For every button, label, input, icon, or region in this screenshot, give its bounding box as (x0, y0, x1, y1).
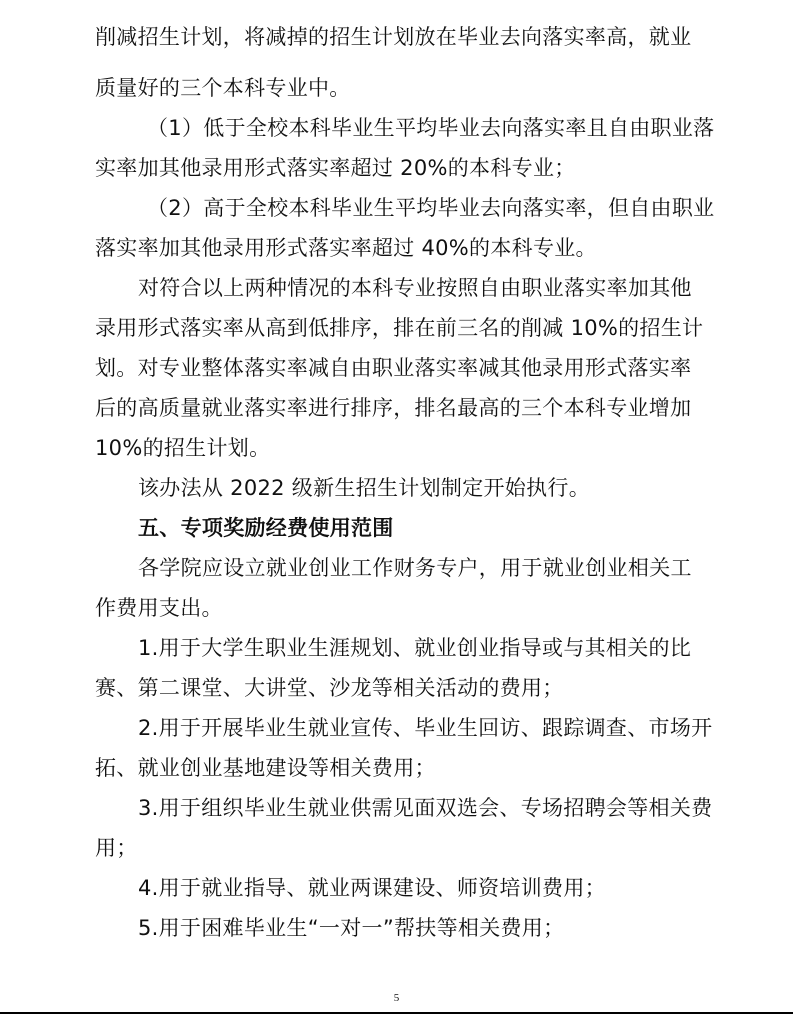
text-line: 用； (95, 828, 699, 868)
page-number: 5 (0, 992, 793, 1004)
text-line: 质量好的三个本科专业中。 (95, 68, 699, 108)
list-item-1-line: （1）低于全校本科毕业生平均毕业去向落实率且自由职业落 (95, 108, 699, 148)
text-line: 赛、第二课堂、大讲堂、沙龙等相关活动的费用； (95, 668, 699, 708)
text-line: 后的高质量就业落实率进行排序，排名最高的三个本科专业增加 (95, 388, 699, 428)
section-heading: 五、专项奖励经费使用范围 (95, 508, 699, 548)
numbered-item-5: 5.用于困难毕业生“一对一”帮扶等相关费用； (95, 908, 699, 948)
text-line: 10%的招生计划。 (95, 428, 699, 468)
text-line: 录用形式落实率从高到低排序，排在前三名的削减 10%的招生计 (95, 308, 699, 348)
numbered-item-4: 4.用于就业指导、就业两课建设、师资培训费用； (95, 868, 699, 908)
numbered-item-2: 2.用于开展毕业生就业宣传、毕业生回访、跟踪调查、市场开 (95, 708, 699, 748)
text-line: 削减招生计划，将减掉的招生计划放在毕业去向落实率高，就业 (95, 17, 699, 68)
page-bottom-divider (0, 1012, 793, 1014)
paragraph-start-line: 对符合以上两种情况的本科专业按照自由职业落实率加其他 (95, 268, 699, 308)
paragraph-start-line: 该办法从 2022 级新生招生计划制定开始执行。 (95, 468, 699, 508)
document-body: 削减招生计划，将减掉的招生计划放在毕业去向落实率高，就业 质量好的三个本科专业中… (95, 17, 699, 948)
numbered-item-3: 3.用于组织毕业生就业供需见面双选会、专场招聘会等相关费 (95, 788, 699, 828)
paragraph-start-line: 各学院应设立就业创业工作财务专户，用于就业创业相关工 (95, 548, 699, 588)
text-line: 拓、就业创业基地建设等相关费用； (95, 748, 699, 788)
text-line: 划。对专业整体落实率减自由职业落实率减其他录用形式落实率 (95, 348, 699, 388)
text-line: 作费用支出。 (95, 588, 699, 628)
numbered-item-1: 1.用于大学生职业生涯规划、就业创业指导或与其相关的比 (95, 628, 699, 668)
list-item-2-line: （2）高于全校本科毕业生平均毕业去向落实率，但自由职业 (95, 188, 699, 228)
document-page: 削减招生计划，将减掉的招生计划放在毕业去向落实率高，就业 质量好的三个本科专业中… (0, 0, 793, 1015)
text-line: 落实率加其他录用形式落实率超过 40%的本科专业。 (95, 228, 699, 268)
text-line: 实率加其他录用形式落实率超过 20%的本科专业； (95, 148, 699, 188)
